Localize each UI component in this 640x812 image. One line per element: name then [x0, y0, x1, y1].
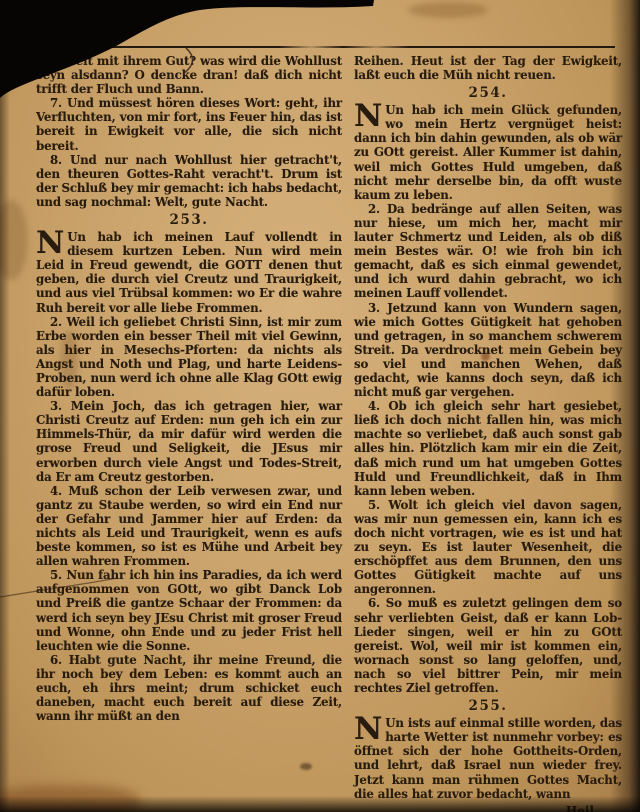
section-heading-254: 254.: [354, 85, 622, 101]
paragraph: 2. Da bedränge auf allen Seiten, was nur…: [354, 202, 622, 301]
paragraph: 5. Wolt ich gleich viel davon sagen, was…: [354, 498, 622, 597]
paragraph: 8. Und nur nach Wohllust hier getracht't…: [36, 153, 342, 209]
paragraph: 4. Ob ich gleich sehr hart gesiebet, lie…: [354, 399, 622, 498]
drop-cap-initial: N: [354, 103, 385, 129]
right-column: Reihen. Heut ist der Tag der Ewigkeit, l…: [354, 54, 622, 812]
paragraph: 4. Muß schon der Leib verwesen zwar, und…: [36, 484, 342, 569]
paragraph: 6. Habt gute Nacht, ihr meine Freund, di…: [36, 653, 342, 723]
page-edge-shadow-right: [610, 0, 640, 812]
page-text: •§§• alle Welt mit ihrem Gut? was wird d…: [36, 54, 622, 812]
paragraph: Reihen. Heut ist der Tag der Ewigkeit, l…: [354, 54, 622, 82]
book-page-scan: •§§• alle Welt mit ihrem Gut? was wird d…: [0, 0, 640, 812]
drop-cap-initial: N: [36, 230, 67, 256]
drop-cap-initial: N: [354, 716, 385, 742]
section-heading-253: 253.: [36, 212, 342, 228]
paragraph: 5. Nun fahr ich hin ins Paradies, da ich…: [36, 568, 342, 653]
paragraph-text: Un hab ich meinen Lauf vollendt in diese…: [36, 230, 342, 314]
paragraph: NUn hab ich meinen Lauf vollendt in dies…: [36, 230, 342, 315]
paragraph: 6. So muß es zuletzt gelingen dem so seh…: [354, 596, 622, 695]
paragraph: 2. Weil ich geliebet Christi Sinn, ist m…: [36, 315, 342, 400]
paragraph-text: Un ists auf einmal stille worden, das ha…: [354, 716, 622, 800]
paragraph: NUn hab ich mein Glück gefunden, wo mein…: [354, 103, 622, 202]
paragraph-text: Un hab ich mein Glück gefunden, wo mein …: [354, 103, 622, 202]
paragraph: 3. Jetzund kann von Wundern sagen, wie m…: [354, 301, 622, 400]
paper-stain: [408, 2, 488, 18]
paragraph: alle Welt mit ihrem Gut? was wird die Wo…: [36, 54, 342, 96]
left-column: •§§• alle Welt mit ihrem Gut? was wird d…: [36, 54, 342, 812]
page-edge-shadow-bottom: [0, 796, 640, 812]
section-heading-255: 255.: [354, 698, 622, 714]
paragraph: NUn ists auf einmal stille worden, das h…: [354, 716, 622, 801]
header-rule: [72, 46, 615, 48]
paragraph: 3. Mein Joch, das ich getragen hier, war…: [36, 399, 342, 484]
page-edge-shadow-left: [0, 0, 10, 812]
paragraph: 7. Und müssest hören dieses Wort: geht, …: [36, 96, 342, 152]
